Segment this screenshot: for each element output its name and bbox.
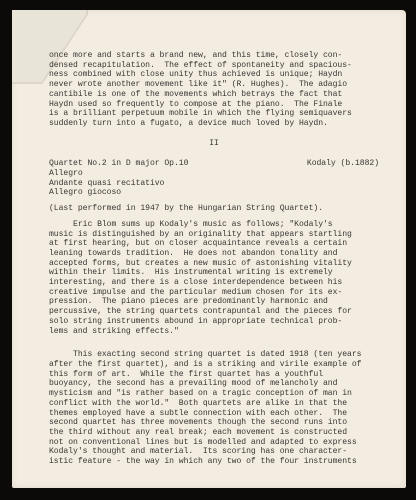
text-line: never wrote another movement like it" (R…	[49, 80, 379, 90]
performance-note: (Last performed in 1947 by the Hungarian…	[49, 204, 379, 214]
text-line: solo string instruments abound in approp…	[49, 317, 379, 327]
text-line: within their limits. His instrumental wr…	[49, 268, 379, 278]
performance-note-block: (Last performed in 1947 by the Hungarian…	[49, 204, 379, 214]
text-line: once more and starts a brand new, and th…	[49, 51, 379, 61]
typewritten-page: once more and starts a brand new, and th…	[12, 10, 406, 488]
movement-item: Allegro giocoso	[49, 188, 379, 198]
text-line: istic feature - the way in which any two…	[49, 457, 379, 467]
text-line: suddenly turn into a fugato, a device mu…	[49, 119, 379, 129]
paragraph-quartet: This exacting second string quartet is d…	[49, 350, 379, 466]
text-line: mysticism and "is rather based on a trag…	[49, 389, 379, 399]
text-line: interesting, and there is a close interd…	[49, 278, 379, 288]
text-line: densed recapitulation. The effect of spo…	[49, 61, 379, 71]
paragraph-gap	[49, 342, 379, 350]
work-title-row: Quartet No.2 in D major Op.10 Kodaly (b.…	[49, 159, 379, 169]
section-heading: II	[49, 139, 379, 149]
work-listing: Quartet No.2 in D major Op.10 Kodaly (b.…	[49, 159, 379, 198]
text-line: Haydn used so frequently to compose at t…	[49, 100, 379, 110]
text-line: cantibile is one of the movements which …	[49, 90, 379, 100]
text-line: This exacting second string quartet is d…	[49, 350, 379, 360]
text-line: music is distinguished by an originality…	[49, 230, 379, 240]
text-line: percussive, the string quartets contrapu…	[49, 307, 379, 317]
paragraph-blom: Eric Blom sums up Kodaly's music as foll…	[49, 220, 379, 336]
text-line: accepted forms, but creates a new music …	[49, 259, 379, 269]
text-line: Kodaly's thought and material. Its scori…	[49, 447, 379, 457]
movement-item: Allegro	[49, 169, 379, 179]
text-line: lems and striking effects."	[49, 327, 379, 337]
text-line: buoyancy, the second has a prevailing mo…	[49, 379, 379, 389]
work-title: Quartet No.2 in D major Op.10	[49, 159, 188, 169]
text-line: is a brilliant perpetuum mobile in which…	[49, 109, 379, 119]
paragraph-intro: once more and starts a brand new, and th…	[49, 51, 379, 129]
text-line: at first hearing, but on closer acquaint…	[49, 239, 379, 249]
text-line: Eric Blom sums up Kodaly's music as foll…	[49, 220, 379, 230]
text-line: not on conventional lines but is modelle…	[49, 438, 379, 448]
text-line: this form of art. While the first quarte…	[49, 370, 379, 380]
text-line: creative impulse and the particular medi…	[49, 288, 379, 298]
work-composer: Kodaly (b.1882)	[307, 159, 379, 169]
page-text: once more and starts a brand new, and th…	[49, 51, 379, 473]
movement-item: Andante quasi recitativo	[49, 179, 379, 189]
text-line: themes employed have a subtle connection…	[49, 409, 379, 419]
text-line: the third without any real break; each m…	[49, 428, 379, 438]
text-line: pression. The piano pieces are predomina…	[49, 297, 379, 307]
text-line: after the first quartet), and is a strik…	[49, 360, 379, 370]
text-line: second quartet has three movements thoug…	[49, 418, 379, 428]
text-line: conflict with the world." Both quartets …	[49, 399, 379, 409]
text-line: leaning towards tradition. He does not a…	[49, 249, 379, 259]
text-line: ness combined with close unity thus achi…	[49, 70, 379, 80]
